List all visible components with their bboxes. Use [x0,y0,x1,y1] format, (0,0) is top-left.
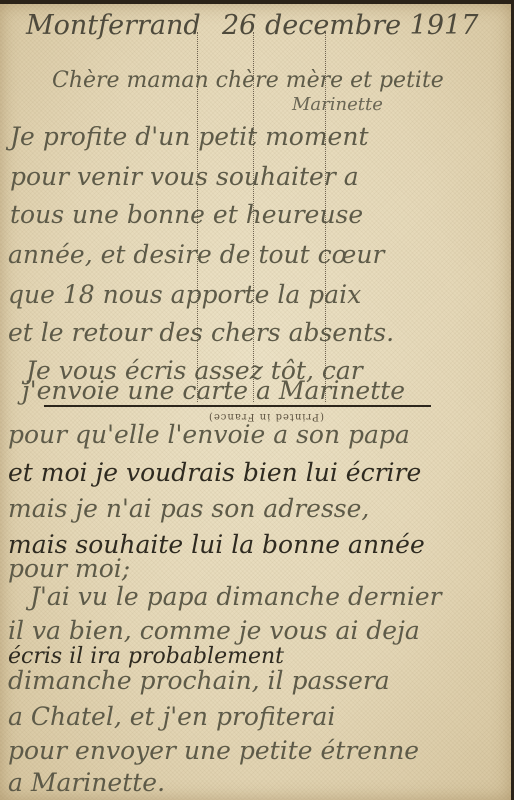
letter-line: tous une bonne et heureuse [10,202,363,227]
letter-date: 26 decembre 1917 [222,12,478,39]
letter-line: a Chatel, et j'en profiterai [8,704,335,729]
letter-line: et le retour des chers absents. [8,320,394,345]
letter-line: il va bien, comme je vous ai deja [8,618,420,643]
letter-place: Montferrand [26,12,201,39]
salutation-line: Chère maman chère mère et petite [52,70,444,92]
letter-line: pour moi; [8,556,130,581]
letter-line: a Marinette. [8,770,165,795]
letter-line: Je profite d'un petit moment [10,124,369,149]
letter-line: année, et desire de tout cœur [8,242,384,267]
letter-line: dimanche prochain, il passera [8,668,390,693]
address-divider-line [44,405,431,407]
letter-line: et moi je voudrais bien lui écrire [8,460,421,485]
letter-line: écris il ira probablement [8,646,284,668]
salutation-name: Marinette [292,96,383,114]
letter-line: pour envoyer une petite étrenne [8,738,419,763]
letter-line: pour venir vous souhaiter a [10,164,359,189]
letter-line: j'envoie une carte a Marinette [22,378,405,403]
postcard-back: (Printed in France) Montferrand 26 decem… [0,4,511,800]
letter-line: pour qu'elle l'envoie a son papa [8,422,410,447]
letter-line: J'ai vu le papa dimanche dernier [30,584,442,609]
letter-line: mais je n'ai pas son adresse, [8,496,369,521]
letter-line: que 18 nous apporte la paix [8,282,361,307]
